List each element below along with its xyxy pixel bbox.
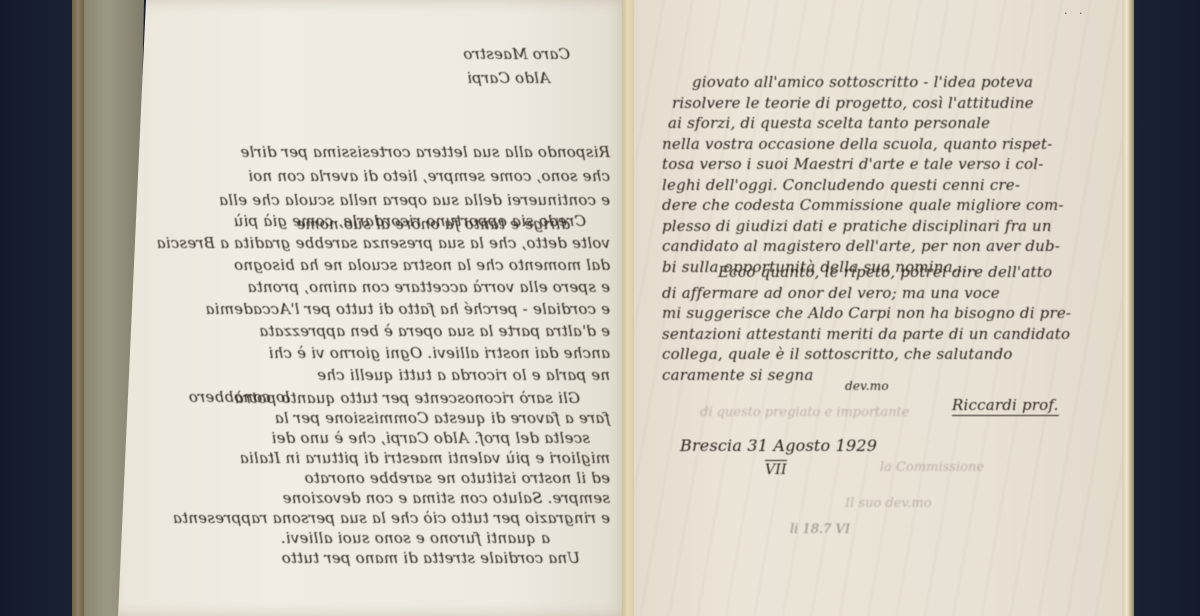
text-line: collega, quale è il sottoscritto, che sa… bbox=[662, 344, 1102, 365]
text-line: ai sforzi, di questa scelta tanto person… bbox=[662, 113, 1102, 134]
page-fore-edge bbox=[1122, 0, 1134, 616]
text-line: migliori e più valenti maestri di pittur… bbox=[150, 448, 610, 468]
fascist-era-year: VII bbox=[765, 460, 787, 479]
text-line: e cordiale - perché ha fatto di tutto pe… bbox=[150, 298, 610, 320]
dark-backdrop-left bbox=[0, 0, 72, 616]
right-paragraph-2: Ecco quanto, le ripeto, potrei dire dell… bbox=[662, 262, 1102, 385]
text-line: dere che codesta Commissione quale migli… bbox=[662, 195, 1102, 216]
text-line: di affermare ad onor del vero; ma una vo… bbox=[662, 283, 1102, 304]
text-line: scelta del prof. Aldo Carpi, che è uno d… bbox=[150, 428, 610, 448]
right-paragraph-1: giovato all'amico sottoscritto - l'idea … bbox=[662, 72, 1102, 277]
text-line: sentazioni attestanti meriti da parte di… bbox=[662, 324, 1102, 345]
text-line: volte detto, che la sua presenza sarebbe… bbox=[150, 232, 610, 254]
text-line: tosa verso i suoi Maestri d'arte e tale … bbox=[662, 154, 1102, 175]
left-paragraph-2: Credo sia opportuno ricordarle, come già… bbox=[150, 210, 610, 408]
date-line: Brescia 31 Agosto 1929 bbox=[680, 434, 877, 458]
text-line: mi suggerisce che Aldo Carpi non ha biso… bbox=[662, 303, 1102, 324]
text-line: a quanti furono e sono suoi allievi. bbox=[150, 528, 610, 548]
show-through-text: Il suo dev.mo bbox=[845, 496, 932, 511]
text-line: e d'altra parte la sua opera è ben appre… bbox=[150, 320, 610, 342]
text-line: e continuerei della sua opera nella scuo… bbox=[150, 188, 610, 212]
text-line: sempre. Saluto con stima e con devozione bbox=[150, 488, 610, 508]
text-line: dal momento che la nostra scuola ne ha b… bbox=[150, 254, 610, 276]
left-salutation: Caro Maestro Aldo Carpi bbox=[150, 42, 610, 90]
text-line: candidato al magistero dell'arte, per no… bbox=[662, 236, 1102, 257]
show-through-text: la Commissione bbox=[880, 460, 984, 475]
text-line: risolvere le teorie di progetto, così l'… bbox=[662, 93, 1102, 114]
text-line: nella vostra occasione della scuola, qua… bbox=[662, 134, 1102, 155]
text-line: fare a favore di questa Commissione per … bbox=[150, 408, 610, 428]
text-line: Ecco quanto, le ripeto, potrei dire dell… bbox=[662, 262, 1102, 283]
text-line: plesso di giudizi dati e pratiche discip… bbox=[662, 216, 1102, 237]
text-line: e ringrazio per tutto ciò che la sua per… bbox=[150, 508, 610, 528]
left-paragraph-3: Gli sarò riconoscente per tutto quanto p… bbox=[150, 388, 610, 568]
text-line: leghi dell'oggi. Concludendo questi cenn… bbox=[662, 175, 1102, 196]
signature: Riccardi prof. bbox=[952, 396, 1059, 416]
text-line: Rispondo alla sua lettera cortesissima p… bbox=[150, 140, 610, 164]
text-line: giovato all'amico sottoscritto - l'idea … bbox=[662, 72, 1102, 93]
salutation-line: Aldo Carpi bbox=[150, 66, 610, 90]
text-line: ne parla e lo ricorda a tutti quelli che bbox=[150, 364, 610, 386]
text-line: e spero ella vorrà accettare con animo, … bbox=[150, 276, 610, 298]
salutation-line: Caro Maestro bbox=[150, 42, 610, 66]
text-line: Una cordiale stretta di mano per tutto bbox=[150, 548, 610, 568]
show-through-text: li 18.7 VI bbox=[790, 522, 850, 537]
corner-marks: . . bbox=[1064, 4, 1087, 17]
text-line: Credo sia opportuno ricordarle, come già… bbox=[150, 210, 610, 232]
closing-text: dev.mo bbox=[845, 374, 889, 398]
text-line: che sono, come sempre, lieto di averla c… bbox=[150, 164, 610, 188]
text-line: anche dai nostri allievi. Ogni giorno vi… bbox=[150, 342, 610, 364]
show-through-text: di questo pregiato e importante bbox=[700, 405, 909, 420]
dark-backdrop-right bbox=[1125, 0, 1200, 616]
text-line: ed il nostro istituto ne sarebbe onorato bbox=[150, 468, 610, 488]
text-line: Gli sarò riconoscente per tutto quanto p… bbox=[150, 388, 610, 408]
book-cover-edge bbox=[72, 0, 84, 616]
